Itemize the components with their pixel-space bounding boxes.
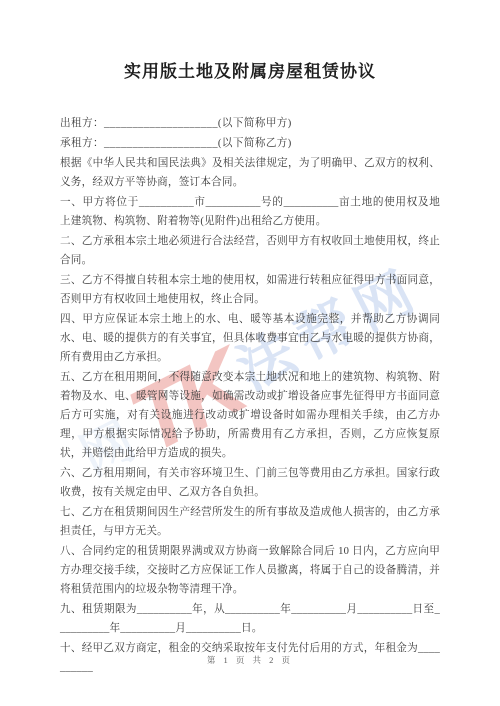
clause-6: 六、乙方租用期间，有关市容环境卫生、门前三包等费用由乙方承担。国家行政收费，按有… — [60, 464, 440, 502]
preamble-paragraph: 根据《中华人民共和国民法典》及相关法律规定，为了明确甲、乙双方的权利、义务，经双… — [60, 154, 440, 192]
party-lessor-line: 出租方：____________________(以下简称甲方) — [60, 114, 440, 133]
clause-2: 二、乙方承租本宗土地必须进行合法经营，否则甲方有权收回土地使用权，终止合同。 — [60, 232, 440, 270]
document-content: 实用版土地及附属房屋租赁协议 出租方：____________________(… — [0, 0, 500, 677]
document-page: 网 TK 法帮网 实用版土地及附属房屋租赁协议 出租方：____________… — [0, 0, 500, 706]
clause-7: 七、乙方在租赁期间因生产经营所发生的所有事故及造成他人损害的，由乙方承担责任，与… — [60, 503, 440, 541]
clause-8: 八、合同约定的租赁期限界满或双方协商一致解除合同后 10 日内，乙方应向甲方办理… — [60, 542, 440, 599]
page-number: 第 1 页 共 2 页 — [0, 654, 500, 666]
clause-5: 五、乙方在租用期间，不得随意改变本宗土地状况和地上的建筑物、构筑物、附着物及水、… — [60, 368, 440, 463]
clause-9: 九、租赁期限为__________年，从__________年_________… — [60, 600, 440, 638]
party-lessee-line: 承租方：____________________(以下简称乙方) — [60, 134, 440, 153]
clause-1: 一、甲方将位于__________市__________号的__________… — [60, 193, 440, 231]
document-title: 实用版土地及附属房屋租赁协议 — [60, 60, 440, 84]
clause-4: 四、甲方应保证本宗土地上的水、电、暖等基本设施完整，并帮助乙方协调同水、电、暖的… — [60, 310, 440, 367]
clause-3: 三、乙方不得擅自转租本宗土地的使用权，如需进行转租应征得甲方书面同意，否则甲方有… — [60, 271, 440, 309]
